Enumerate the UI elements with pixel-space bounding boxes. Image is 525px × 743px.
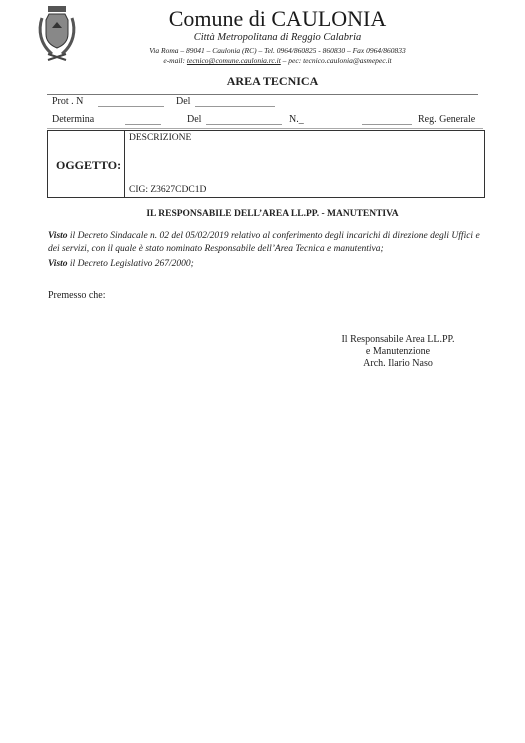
signature-line-1: Il Responsabile Area LL.PP.: [338, 334, 458, 346]
visto-lead: Visto: [48, 259, 68, 269]
email-link[interactable]: tecnico@comune.caulonia.rc.it: [187, 56, 281, 65]
visto-lead: Visto: [48, 231, 68, 241]
n-label: N._: [289, 114, 304, 125]
del1-label: Del: [176, 96, 190, 107]
municipality-title: Comune di CAULONIA: [0, 6, 525, 32]
prot-label: Prot . N: [52, 96, 83, 107]
visto-paragraph-2: Visto il Decreto Legislativo 267/2000;: [48, 258, 488, 271]
del2-field[interactable]: [206, 124, 282, 125]
determina-label: Determina: [52, 114, 94, 125]
area-title: AREA TECNICA: [0, 74, 525, 89]
email-label: e-mail:: [163, 56, 187, 65]
divider: [47, 94, 478, 95]
del2-label: Del: [187, 114, 201, 125]
contacts: e-mail: tecnico@comune.caulonia.rc.it – …: [0, 56, 525, 65]
oggetto-label: OGGETTO:: [56, 158, 121, 173]
subtitle: Città Metropolitana di Reggio Calabria: [0, 32, 525, 43]
cig-code: CIG: Z3627CDC1D: [129, 185, 206, 195]
signature-line-3: Arch. Ilario Naso: [338, 358, 458, 370]
determina-field[interactable]: [125, 124, 161, 125]
visto-text: il Decreto Sindacale n. 02 del 05/02/201…: [48, 231, 480, 254]
divider: [47, 128, 483, 129]
prot-field[interactable]: [98, 106, 164, 107]
visto-text: il Decreto Legislativo 267/2000;: [68, 259, 194, 269]
oggetto-box: OGGETTO: DESCRIZIONE CIG: Z3627CDC1D: [47, 130, 485, 198]
signature-block: Il Responsabile Area LL.PP. e Manutenzio…: [338, 334, 458, 370]
del1-field[interactable]: [195, 106, 275, 107]
reg-field[interactable]: [362, 124, 412, 125]
visto-paragraph-1: Visto il Decreto Sindacale n. 02 del 05/…: [48, 230, 488, 255]
address: Via Roma – 89041 – Caulonia (RC) – Tel. …: [0, 46, 525, 55]
divider: [124, 131, 125, 197]
signature-line-2: e Manutenzione: [338, 346, 458, 358]
reg-label: Reg. Generale: [418, 114, 475, 125]
responsabile-heading: IL RESPONSABILE DELL’AREA LL.PP. - MANUT…: [0, 209, 525, 219]
pec: – pec: tecnico.caulonia@asmepec.it: [281, 56, 392, 65]
descrizione: DESCRIZIONE: [129, 133, 191, 143]
premesso: Premesso che:: [48, 290, 106, 301]
